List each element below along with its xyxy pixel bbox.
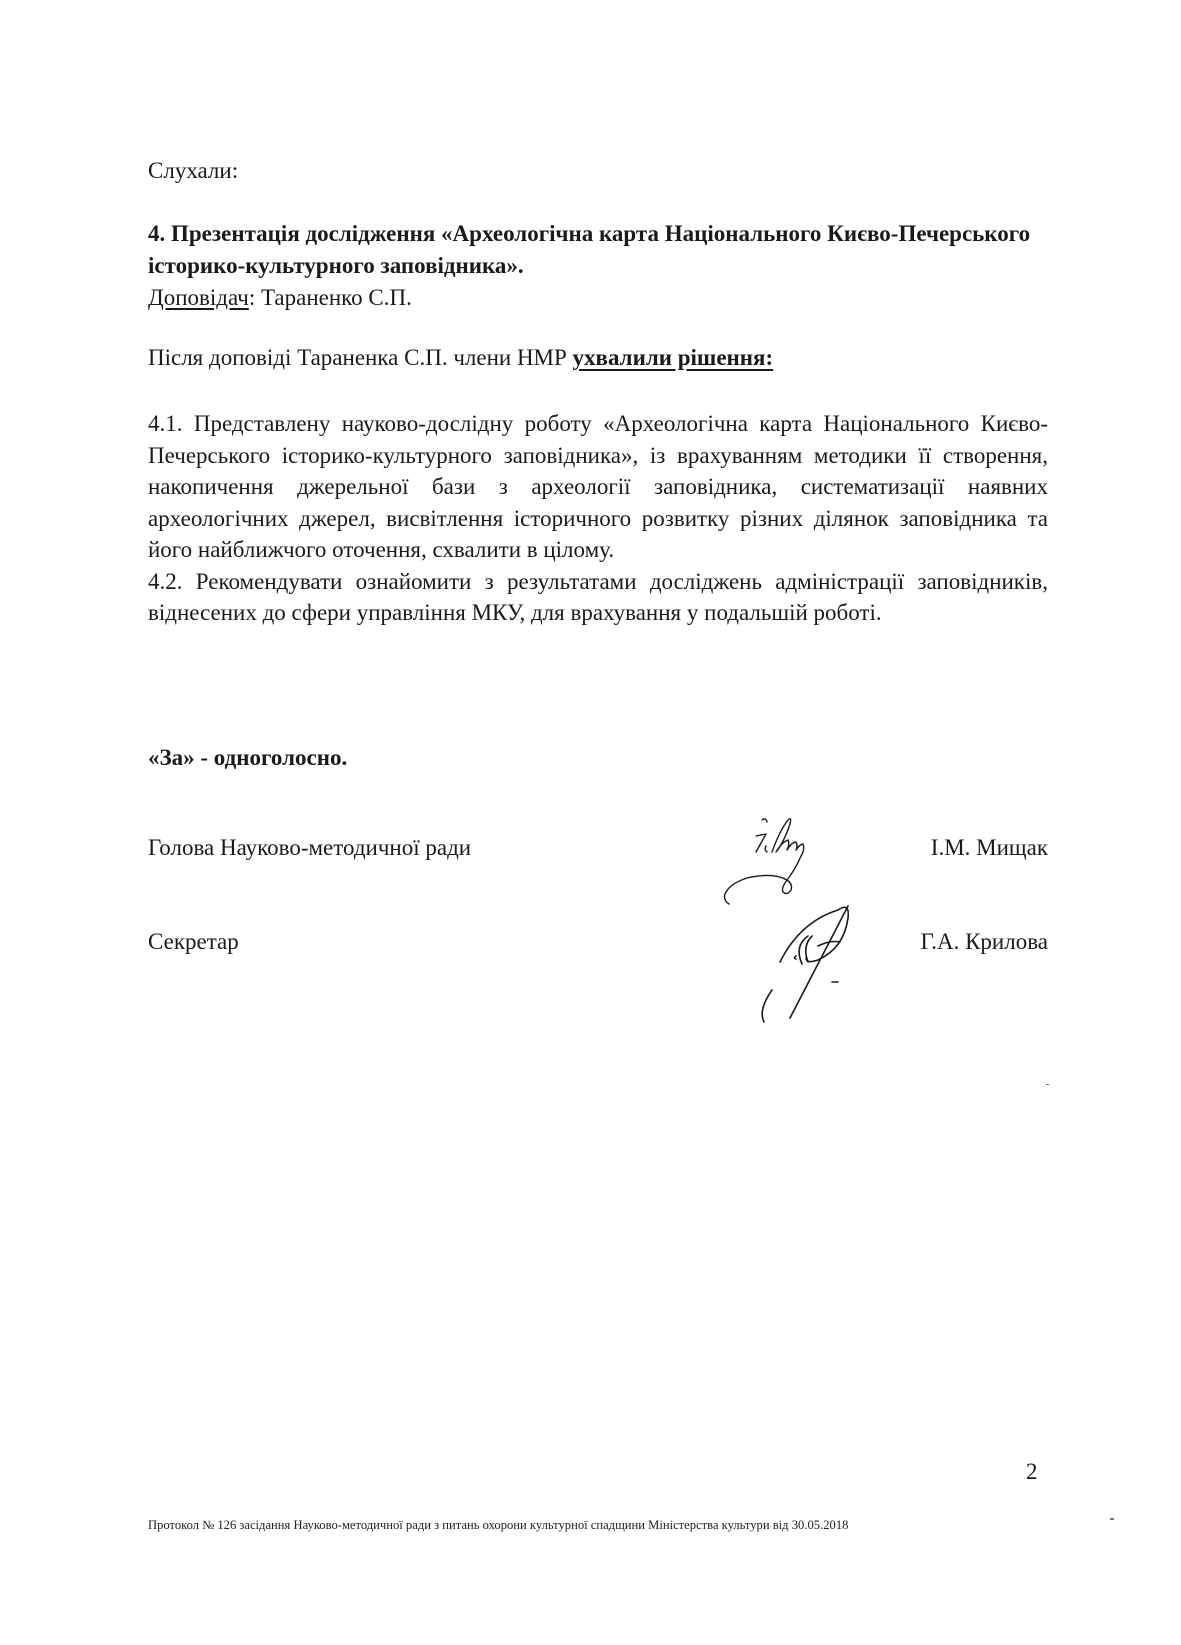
reporter-line: Доповідач: Тараненко С.П.	[148, 282, 1048, 314]
decision-item: 4.2. Рекомендувати ознайомити з результа…	[148, 566, 1048, 629]
decision-item: 4.1. Представлену науково-дослідну робот…	[148, 408, 1048, 566]
scan-speck	[1110, 1518, 1114, 1520]
signatory-role: Секретар	[148, 926, 239, 958]
signature-row-chair: Голова Науково-методичної ради І.М. Мища…	[148, 832, 1048, 872]
after-report-line: Після доповіді Тараненка С.П. члени НМР …	[148, 342, 1048, 374]
signatory-role: Голова Науково-методичної ради	[148, 832, 471, 864]
after-report-text: Після доповіді Тараненка С.П. члени НМР	[148, 345, 573, 370]
signatory-name: І.М. Мищак	[931, 832, 1048, 864]
reporter-separator: :	[249, 285, 261, 310]
page-footer: Протокол № 126 засідання Науково-методич…	[148, 1516, 1048, 1534]
reporter-label: Доповідач	[148, 285, 249, 310]
reporter-name: Тараненко С.П.	[261, 285, 412, 310]
vote-result: «За» - одноголосно.	[148, 742, 1048, 774]
document-page: Слухали: 4. Презентація дослідження «Арх…	[0, 0, 1181, 1645]
page-number: 2	[1026, 1458, 1038, 1486]
heard-label: Слухали:	[148, 155, 1048, 187]
signature-row-secretary: Секретар Г.А. Крилова	[148, 926, 1048, 966]
signatory-name: Г.А. Крилова	[921, 926, 1048, 958]
scan-speck	[1046, 1084, 1049, 1085]
agenda-item-title: 4. Презентація дослідження «Археологічна…	[148, 218, 1048, 282]
decisions: 4.1. Представлену науково-дослідну робот…	[148, 408, 1048, 629]
decided-label: ухвалили рішення:	[573, 345, 774, 370]
